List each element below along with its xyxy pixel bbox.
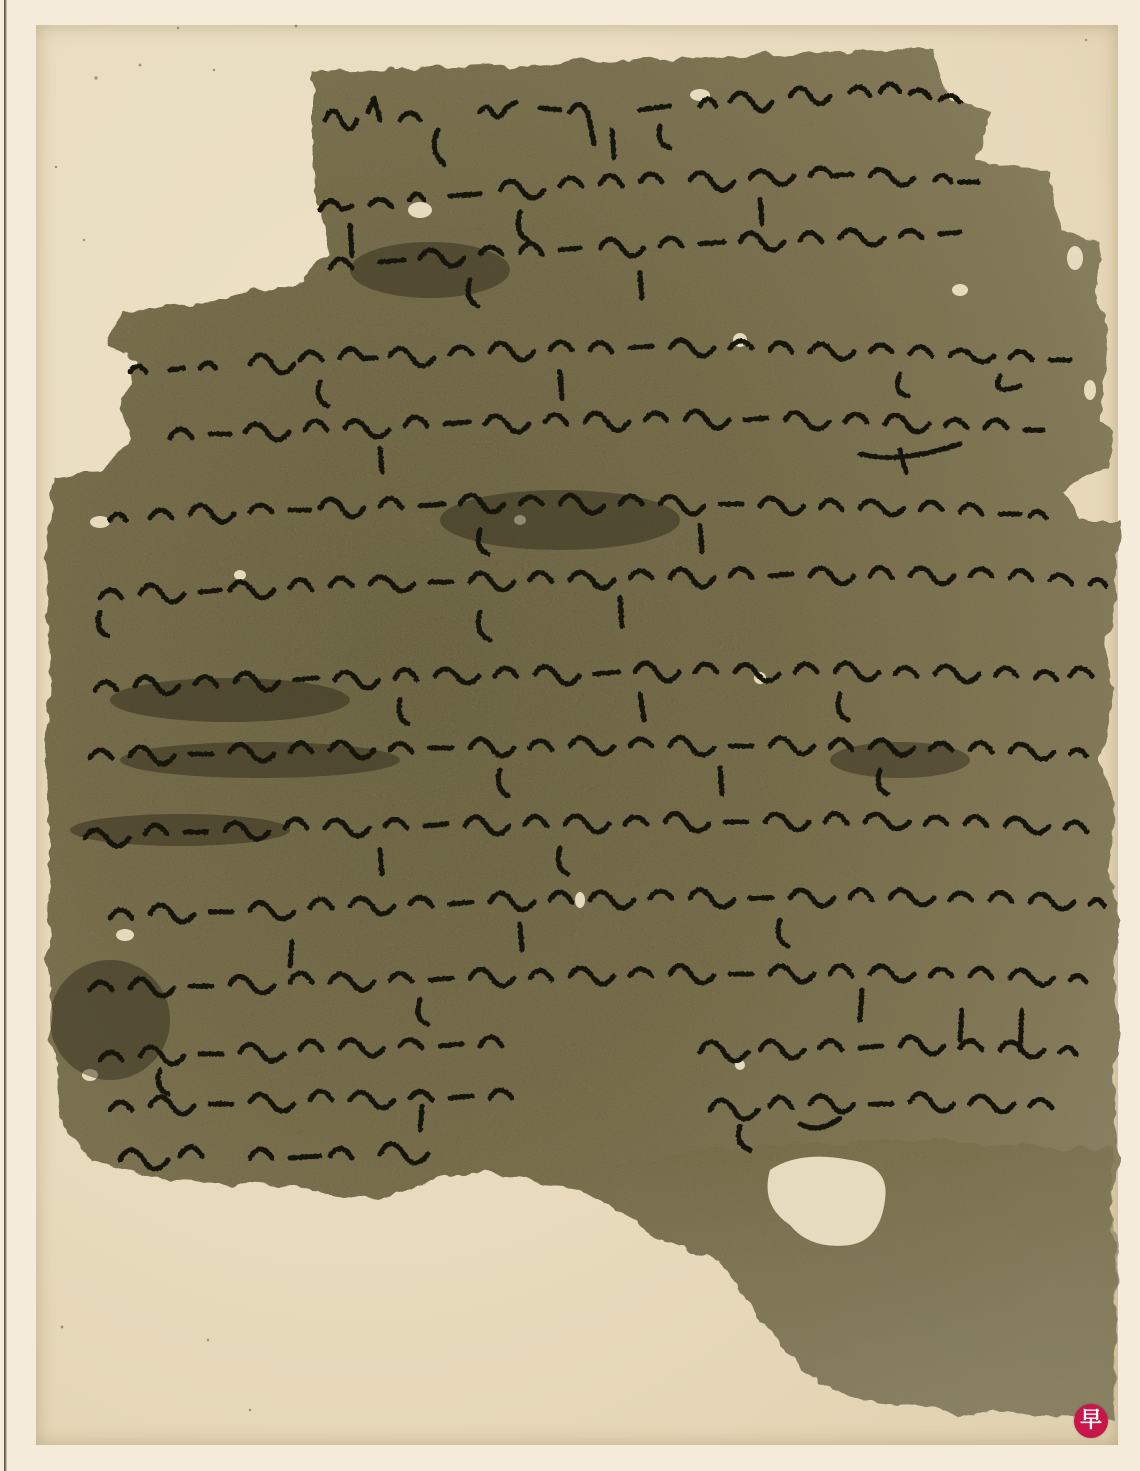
manuscript-fragment bbox=[0, 0, 1140, 1471]
photo-print: 早 Fragmentary handwritten manuscript in … bbox=[0, 0, 1140, 1471]
watermark-glyph: 早 bbox=[1080, 1408, 1102, 1433]
publisher-watermark-badge: 早 bbox=[1074, 1404, 1108, 1438]
